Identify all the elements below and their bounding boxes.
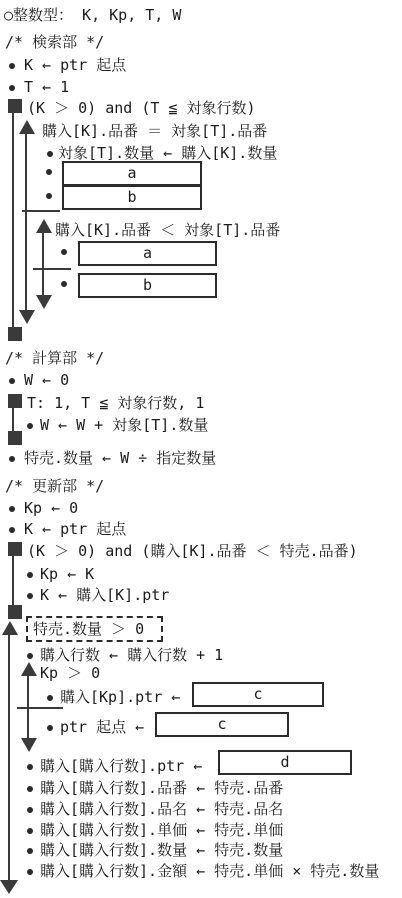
search-init-k: K ← ptr 起点: [24, 56, 126, 74]
bullet-dot: [9, 85, 15, 91]
calc-body: W ← W + 対象[T].数量: [40, 416, 208, 434]
update-increment-rows: 購入行数 ← 購入行数 + 1: [40, 646, 223, 664]
calc-init-w: W ← 0: [24, 371, 69, 389]
bullet-dot: [47, 151, 53, 157]
update-init-k: K ← ptr 起点: [24, 520, 126, 538]
update-assign-suryo: 購入[購入行数].数量 ← 特売.数量: [40, 841, 283, 859]
loop-end-marker: [8, 605, 22, 619]
loop-start-marker: [8, 99, 22, 113]
search-assign-qty: 対象[T].数量 ← 購入[K].数量: [58, 144, 277, 162]
selection-start-marker: [21, 662, 37, 676]
bullet-dot: [9, 456, 15, 462]
search-if-less-condition: 購入[K].品番 ＜ 対象[T].品番: [55, 221, 280, 239]
update-assign-hinban: 購入[購入行数].品番 ← 特売.品番: [40, 779, 283, 797]
bullet-dot: [46, 193, 52, 199]
bullet-dot: [9, 527, 15, 533]
bullet-dot: [61, 249, 67, 255]
loop-end-marker: [8, 327, 22, 341]
loop-scope-line: [12, 407, 14, 433]
update-assign-tanka: 購入[購入行数].単価 ← 特売.単価: [40, 821, 283, 839]
update-else-assign: ptr 起点 ←: [60, 718, 144, 736]
answer-box-a: a: [78, 241, 217, 266]
loop-start-marker: [8, 394, 22, 408]
loop-scope-line: [12, 112, 14, 329]
bullet-dot: [46, 169, 52, 175]
update-init-kp: Kp ← 0: [24, 499, 78, 517]
type-declaration: ○整数型： K, Kp, T, W: [4, 6, 181, 24]
search-section-comment: /* 検索部 */: [5, 33, 104, 51]
if-condition-dashed-box: 特売.数量 ＞ 0: [26, 616, 163, 642]
selection-scope-line: [25, 133, 27, 312]
selection-scope-line: [8, 634, 10, 882]
update-assign-hinmei: 購入[購入行数].品名 ← 特売.品名: [40, 800, 283, 818]
search-while-condition: (K ＞ 0) and (T ≦ 対象行数): [27, 99, 256, 117]
selection-start-marker: [2, 621, 18, 635]
bullet-dot: [47, 695, 53, 701]
update-if-kp-condition: Kp ＞ 0: [40, 664, 100, 682]
answer-box-d: d: [218, 750, 352, 775]
update-assign-kingaku: 購入[購入行数].金額 ← 特売.単価 × 特売.数量: [40, 862, 379, 880]
bullet-dot: [27, 848, 33, 854]
selection-end-marker: [0, 880, 18, 894]
selection-end-marker: [36, 295, 52, 309]
else-divider-line: [22, 210, 60, 212]
bullet-dot: [27, 764, 33, 770]
bullet-dot: [47, 725, 53, 731]
answer-box-a: a: [62, 161, 202, 186]
bullet-dot: [27, 572, 33, 578]
selection-start-marker: [19, 120, 35, 134]
bullet-dot: [27, 786, 33, 792]
bullet-dot: [27, 423, 33, 429]
update-assign-ptr: 購入[購入行数].ptr ←: [40, 757, 202, 775]
bullet-dot: [27, 807, 33, 813]
search-init-t: T ← 1: [24, 78, 69, 96]
calc-section-comment: /* 計算部 */: [5, 349, 104, 367]
bullet-dot: [27, 869, 33, 875]
update-section-comment: /* 更新部 */: [5, 477, 104, 495]
pseudocode-diagram: ○整数型： K, Kp, T, W /* 検索部 */ K ← ptr 起点 T…: [0, 0, 402, 898]
answer-box-c: c: [192, 682, 324, 707]
selection-start-marker: [36, 219, 52, 233]
bullet-dot: [61, 281, 67, 287]
answer-box-b: b: [78, 273, 217, 298]
bullet-dot: [9, 63, 15, 69]
selection-end-marker: [21, 738, 37, 752]
bullet-dot: [27, 828, 33, 834]
loop-start-marker: [8, 542, 22, 556]
bullet-dot: [9, 378, 15, 384]
answer-box-b: b: [62, 185, 202, 210]
bullet-dot: [27, 593, 33, 599]
update-body-kp: Kp ← K: [40, 565, 94, 583]
bullet-dot: [27, 653, 33, 659]
update-while-condition: (K ＞ 0) and (購入[K].品番 ＜ 特売.品番): [27, 542, 358, 560]
calc-for-head: T: 1, T ≦ 対象行数, 1: [27, 394, 204, 412]
selection-scope-line: [42, 232, 44, 297]
update-then-assign: 購入[Kp].ptr ←: [60, 688, 180, 706]
search-if-equal-condition: 購入[K].品番 ＝ 対象[T].品番: [42, 122, 267, 140]
selection-end-marker: [19, 310, 35, 324]
loop-end-marker: [8, 431, 22, 445]
else-divider-line: [17, 707, 63, 709]
loop-scope-line: [12, 555, 14, 607]
update-body-k: K ← 購入[K].ptr: [40, 586, 169, 604]
calc-assign-tokubai-qty: 特売.数量 ← W ÷ 指定数量: [24, 449, 216, 467]
answer-box-c: c: [155, 712, 289, 737]
bullet-dot: [9, 506, 15, 512]
else-divider-line: [33, 268, 71, 270]
